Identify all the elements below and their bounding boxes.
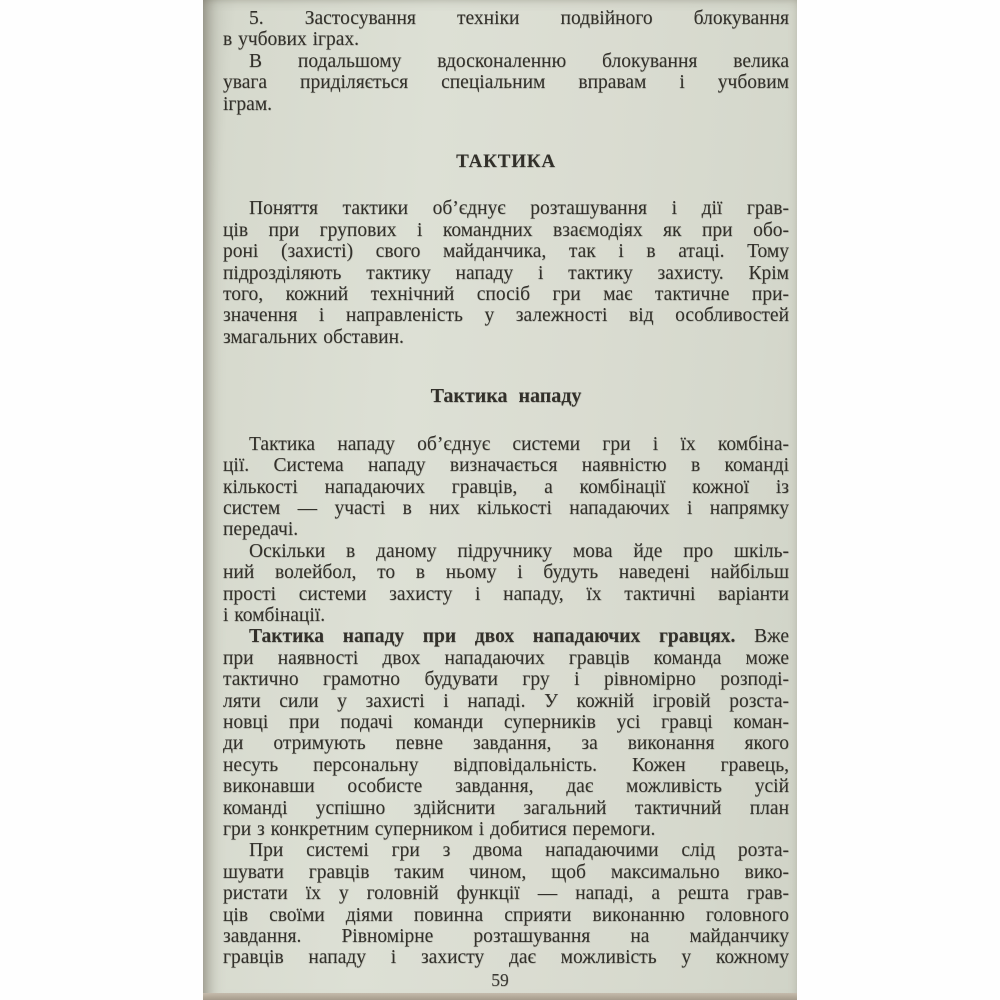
text-line: передачі. <box>223 519 789 540</box>
subsection-heading: Тактика нападу <box>223 386 789 407</box>
text-line: роні (захисті) свого майданчика, так і в… <box>223 241 789 262</box>
text-line: ців при групових і командних взаємодіях … <box>223 220 789 241</box>
scan-background: 5. Застосування техніки подвійного блоку… <box>0 0 1000 1000</box>
text-line: виконавши особисте завдання, дає можливі… <box>223 776 789 797</box>
text-line: Оскільки в даному підручнику мова йде пр… <box>223 541 789 562</box>
paragraph: Тактика нападу при двох нападаючих гравц… <box>223 626 789 840</box>
text-line: при наявності двох нападаючих гравців ко… <box>223 648 789 669</box>
page-bottom-edge-shadow <box>203 993 797 1000</box>
text-line: Тактика нападу при двох нападаючих гравц… <box>223 626 789 647</box>
text-line: іграм. <box>223 94 789 115</box>
text-run: Вже <box>735 626 789 647</box>
text-line: увага приділяється спеціальним вправам і… <box>223 72 789 93</box>
text-line: несуть персональну відповідальність. Кож… <box>223 755 789 776</box>
paragraph: Поняття тактики об’єднує розташування і … <box>223 198 789 348</box>
text-line: того, кожний технічний спосіб гри має та… <box>223 284 789 305</box>
text-line: В подальшому вдосконаленню блокування ве… <box>223 51 789 72</box>
text-line: тактично грамотно будувати гру і рівномі… <box>223 669 789 690</box>
text-line: команді успішно здійснити загальний такт… <box>223 798 789 819</box>
text-line: ний волейбол, то в ньому і будуть наведе… <box>223 562 789 583</box>
text-line: гри з конкретним суперником і добитися п… <box>223 819 789 840</box>
page-content: 5. Застосування техніки подвійного блоку… <box>223 8 789 974</box>
book-page: 5. Застосування техніки подвійного блоку… <box>203 0 797 1000</box>
text-line: ристати їх у головній функції — нападі, … <box>223 883 789 904</box>
paragraph: 5. Застосування техніки подвійного блоку… <box>223 8 789 51</box>
text-line: ляти сили у захисті і нападі. У кожній і… <box>223 691 789 712</box>
paragraph: При системі гри з двома нападаючими слід… <box>223 840 789 968</box>
text-line: ців своїми діями повинна сприяти виконан… <box>223 905 789 926</box>
text-line: шувати гравців таким чином, щоб максимал… <box>223 862 789 883</box>
bold-run-in-heading: Тактика нападу при двох нападаючих гравц… <box>249 626 735 647</box>
section-heading: ТАКТИКА <box>223 151 789 172</box>
paragraph: Оскільки в даному підручнику мова йде пр… <box>223 541 789 627</box>
text-line: ції. Система нападу визначається наявніс… <box>223 455 789 476</box>
text-line: кількості нападаючих гравців, а комбінац… <box>223 477 789 498</box>
text-line: прості системи захисту і нападу, їх такт… <box>223 584 789 605</box>
text-line: Тактика нападу об’єднує системи гри і їх… <box>223 434 789 455</box>
text-line: При системі гри з двома нападаючими слід… <box>223 840 789 861</box>
text-line: в учбових іграх. <box>223 29 789 50</box>
text-line: 5. Застосування техніки подвійного блоку… <box>223 8 789 29</box>
text-line: гравців нападу і захисту дає можливість … <box>223 947 789 968</box>
text-line: новці при подачі команди суперників усі … <box>223 712 789 733</box>
paragraph: Тактика нападу об’єднує системи гри і їх… <box>223 434 789 541</box>
page-number: 59 <box>203 970 797 991</box>
text-line: ди отримують певне завдання, за виконанн… <box>223 733 789 754</box>
text-line: підрозділяють тактику нападу і тактику з… <box>223 263 789 284</box>
text-line: значення і направленість у залежності ві… <box>223 305 789 326</box>
text-line: і комбінації. <box>223 605 789 626</box>
text-line: завдання. Рівномірне розташування на май… <box>223 926 789 947</box>
text-line: Поняття тактики об’єднує розташування і … <box>223 198 789 219</box>
paragraph: В подальшому вдосконаленню блокування ве… <box>223 51 789 115</box>
text-line: систем — участі в них кількості нападаюч… <box>223 498 789 519</box>
text-line: змагальних обставин. <box>223 327 789 348</box>
